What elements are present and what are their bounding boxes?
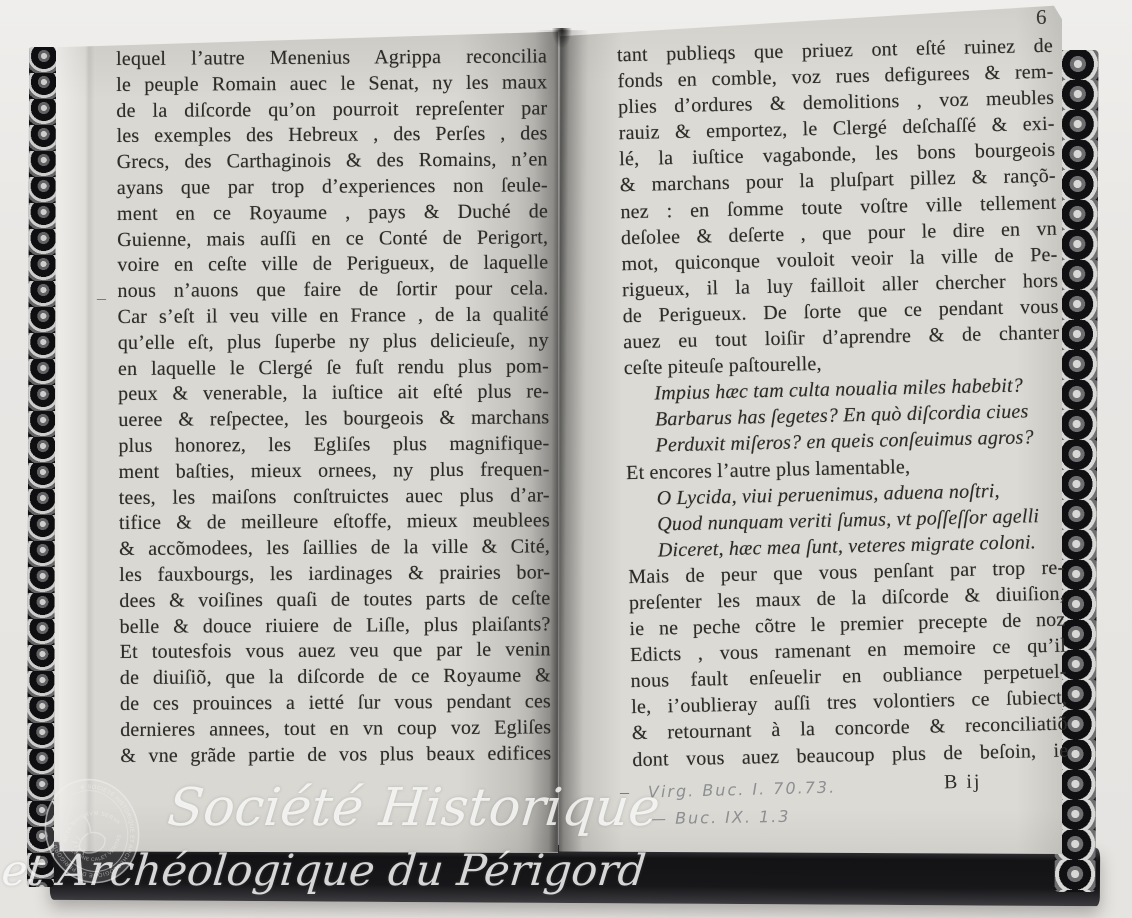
text-line: de ces prouinces a ietté ſur vous pendan… [120,689,551,717]
text-line: Guienne, mais auſſi en ce Conté de Perig… [117,225,548,253]
text-line: & vne grãde partie de vos plus beaux edi… [120,741,551,769]
right-page-text: tant publieqs que priuez ont eſté ruinez… [617,33,1069,773]
text-line: peux & venerable, la iuſtice ait eſté pl… [118,380,549,408]
text-line: voire en ceſte ville de Perigueux, de la… [117,251,548,279]
pencil-margin-dash-left: – [97,288,106,309]
book-cover-left-edge [27,47,56,887]
text-line: Grecs, des Carthaginois & des Romains, n… [117,148,548,176]
left-page-text: lequel l’autre Menenius Agrippa reconcil… [116,44,551,769]
pencil-annotation-2: — Buc. IX. 1.3 [650,807,791,828]
text-line: ment baſties, mieux ornees, ny plus freq… [119,457,550,485]
text-line: ment en ce Royaume , pays & Duché de [117,199,548,227]
text-line: belle & douce riuiere de Liſle, plus pla… [119,612,550,640]
text-line: ayans que par trop d’experiences non ſeu… [117,173,548,201]
text-line: les exemples des Hebreux , des Perſes , … [116,122,547,150]
signature-mark: B ij [944,771,982,795]
text-line: de la diſcorde qu’on pourroit repreſente… [116,96,547,124]
photograph-background: 6 lequel l’autre Menenius Agrippa reconc… [0,0,1132,918]
text-line: dernieres annees, tout en vn coup voz Eg… [120,715,551,743]
text-line: ueree & reſpectee, les bourgeois & march… [118,406,549,434]
text-line: en laquelle le Clergé ſe fuſt rendu plus… [118,354,549,382]
text-line: Et toutesfois vous auez veu que par le v… [120,638,551,666]
pencil-margin-dash-right: – [620,782,629,803]
text-line: lequel l’autre Menenius Agrippa reconcil… [116,44,547,72]
text-line: & accõmodees, les ſaillies de la ville &… [119,534,550,562]
text-line: tees, les maiſons conſtruictes auec plus… [119,483,550,511]
text-line: qu’elle eſt, plus ſuperbe ny plus delici… [118,328,549,356]
text-line: le peuple Romain auec le Senat, ny les m… [116,70,547,98]
text-line: dees & voiſines quaſi de toutes parts de… [119,586,550,614]
text-line: les fauxbourgs, les iardinages & prairie… [119,560,550,588]
text-line: plus honorez, les Egliſes plus magnifiqu… [118,431,549,459]
text-line: Car s’eſt il veu ville en France , de la… [118,302,549,330]
text-line: tifice & de meilleure eſtoffe, mieux meu… [119,509,550,537]
text-line: nous n’auons que faire de ſortir pour ce… [117,277,548,305]
page-number: 6 [1036,5,1047,30]
text-line: de diuiſiõ, que la diſcorde de ce Royaum… [120,663,551,691]
